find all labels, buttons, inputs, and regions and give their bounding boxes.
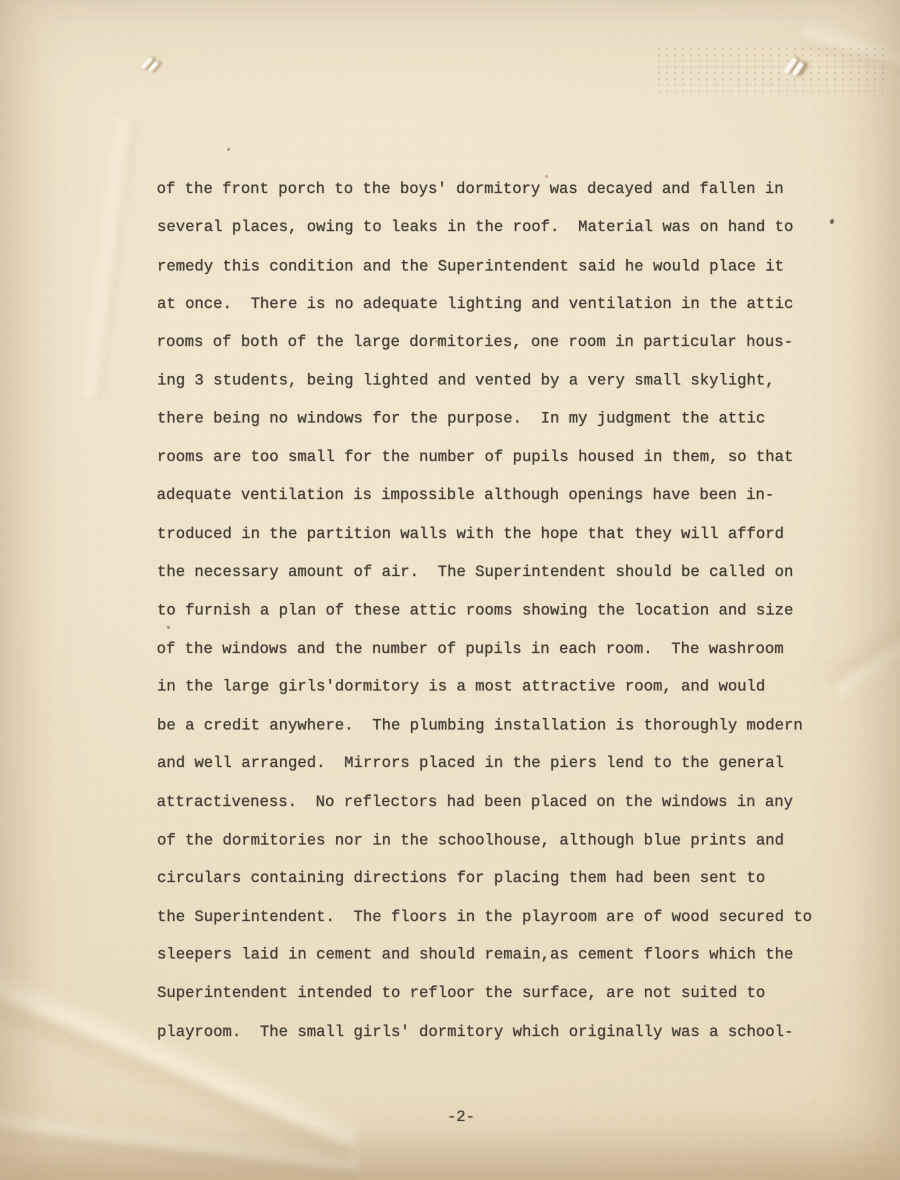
text-line: ing 3 students, being lighted and vented…: [157, 362, 847, 400]
text-line: playroom. The small girls' dormitory whi…: [157, 1013, 847, 1051]
text-line: to furnish a plan of these attic rooms s…: [157, 592, 847, 630]
text-line: rooms are too small for the number of pu…: [157, 438, 847, 476]
text-line: of the dormitories nor in the schoolhous…: [157, 822, 847, 860]
text-line: of the front porch to the boys' dormitor…: [157, 170, 847, 208]
text-line: at once. There is no adequate lighting a…: [157, 285, 847, 323]
text-line: Superintendent intended to refloor the s…: [157, 974, 847, 1012]
pin-hole-icon: [134, 47, 171, 84]
pin-hole-icon: [776, 47, 817, 87]
scanned-page: of the front porch to the boys' dormitor…: [0, 0, 900, 1180]
text-line: attractiveness. No reflectors had been p…: [157, 783, 847, 821]
text-line: several places, owing to leaks in the ro…: [157, 208, 847, 246]
text-line: of the windows and the number of pupils …: [157, 630, 847, 668]
page-number: -2-: [0, 1108, 900, 1126]
text-line: circulars containing directions for plac…: [157, 859, 847, 897]
text-line: and well arranged. Mirrors placed in the…: [157, 744, 847, 782]
dust-speckles: [655, 46, 890, 92]
text-line: remedy this condition and the Superinten…: [157, 247, 847, 285]
paper-crease: [75, 119, 143, 401]
text-line: adequate ventilation is impossible altho…: [157, 476, 847, 514]
text-line: the necessary amount of air. The Superin…: [157, 553, 847, 591]
text-line: rooms of both of the large dormitories, …: [157, 323, 847, 361]
ink-speck: [227, 148, 230, 151]
text-line: troduced in the partition walls with the…: [157, 515, 847, 553]
text-line: be a credit anywhere. The plumbing insta…: [157, 707, 847, 745]
text-line: in the large girls'dormitory is a most a…: [157, 667, 847, 705]
text-line: there being no windows for the purpose. …: [157, 399, 847, 437]
paper-crease: [799, 19, 900, 95]
typewritten-body: of the front porch to the boys' dormitor…: [157, 170, 847, 1051]
text-line: the Superintendent. The floors in the pl…: [157, 898, 847, 936]
text-line: sleepers laid in cement and should remai…: [157, 936, 847, 974]
